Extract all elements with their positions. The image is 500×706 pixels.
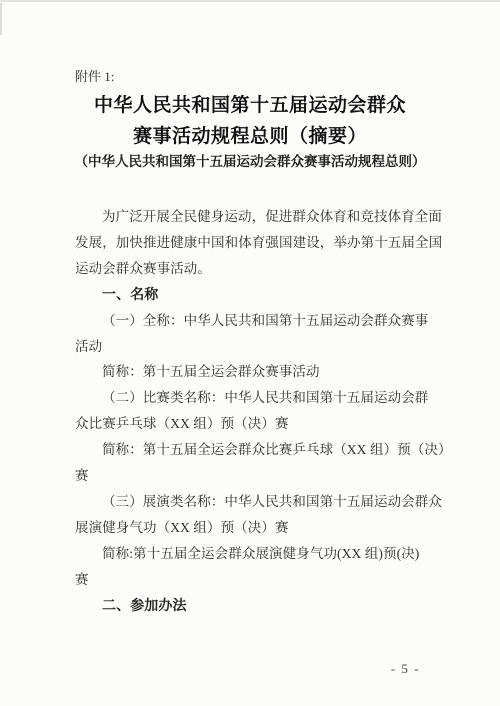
document-title: 中华人民共和国第十五届运动会群众 赛事活动规程总则（摘要）	[0, 90, 500, 152]
body-line: 简称：第十五届全运会群众比赛乒乓球（XX 组）预（决）	[75, 437, 431, 463]
body-line: （二）比赛类名称：中华人民共和国第十五届运动会群	[75, 385, 431, 411]
body-line: 发展，加快推进健康中国和体育强国建设，举办第十五届全国	[75, 230, 431, 256]
body-line: 为广泛开展全民健身运动，促进群众体育和竞技体育全面	[75, 204, 431, 230]
body-line: 活动	[75, 334, 431, 360]
body-line: （三）展演类名称：中华人民共和国第十五届运动会群众	[75, 489, 431, 515]
attachment-label: 附件 1:	[75, 66, 114, 85]
document-title-line-1: 中华人民共和国第十五届运动会群众	[0, 90, 500, 121]
body-line: 简称：第十五届全运会群众赛事活动	[75, 359, 431, 385]
body-line: 简称:第十五届全运会群众展演健身气功(XX 组)预(决)	[75, 541, 431, 567]
scan-edge-top	[0, 0, 500, 2]
document-subtitle: （中华人民共和国第十五届运动会群众赛事活动规程总则）	[0, 153, 500, 171]
document-body: 为广泛开展全民健身运动，促进群众体育和竞技体育全面 发展，加快推进健康中国和体育…	[75, 204, 431, 619]
body-line: 赛	[75, 567, 431, 593]
document-title-line-2: 赛事活动规程总则（摘要）	[0, 121, 500, 152]
body-line: 赛	[75, 463, 431, 489]
body-line: （一）全称：中华人民共和国第十五届运动会群众赛事	[75, 308, 431, 334]
scan-edge-left	[0, 3, 2, 35]
body-line: 运动会群众赛事活动。	[75, 256, 431, 282]
body-line: 众比赛乒乓球（XX 组）预（决）赛	[75, 411, 431, 437]
section-heading-names: 一、名称	[75, 282, 431, 308]
page-number: - 5 -	[391, 661, 420, 677]
body-line: 展演健身气功（XX 组）预（决）赛	[75, 515, 431, 541]
scanned-document-page: 附件 1: 中华人民共和国第十五届运动会群众 赛事活动规程总则（摘要） （中华人…	[0, 0, 500, 706]
section-heading-participation: 二、参加办法	[75, 593, 431, 619]
